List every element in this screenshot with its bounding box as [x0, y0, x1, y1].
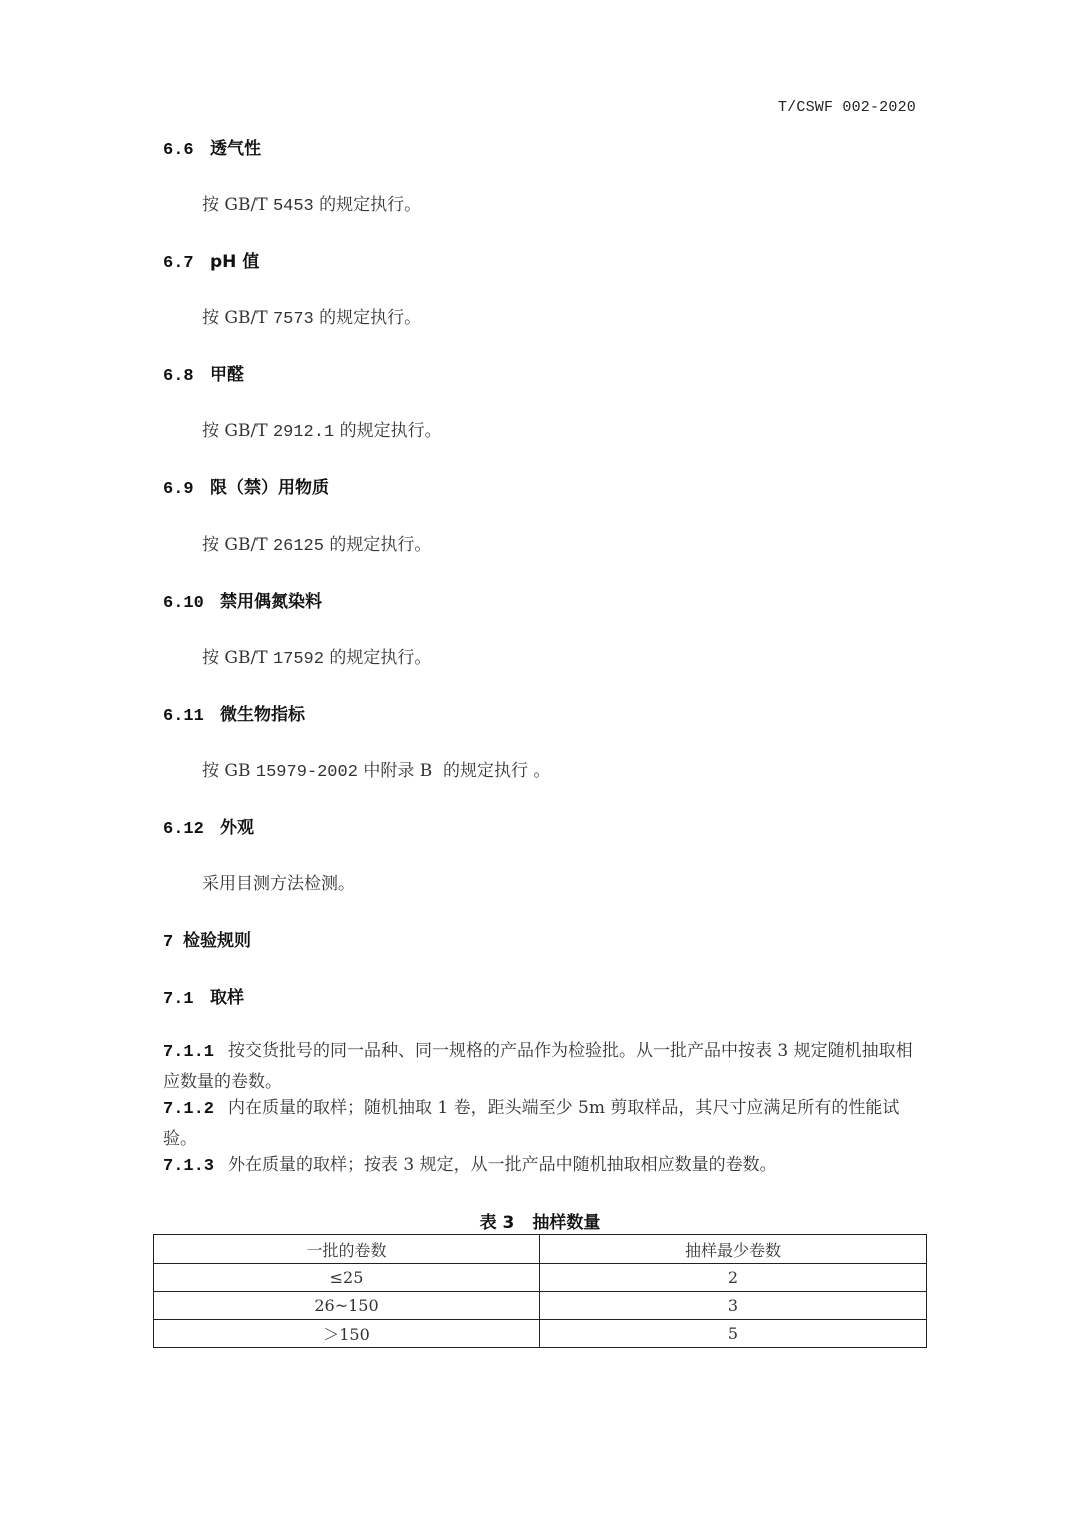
body-suffix: 的规定执行。	[324, 535, 431, 555]
section-body-6-7: 按 GB/T 7573 的规定执行。	[202, 303, 421, 329]
section-number: 7.1	[163, 990, 210, 1009]
standard-number: 17592	[273, 650, 324, 669]
section-body-6-10: 按 GB/T 17592 的规定执行。	[202, 643, 431, 669]
section-body-6-12: 采用目测方法检测。	[202, 869, 355, 894]
section-heading-6-9: 6.9限（禁）用物质	[163, 473, 329, 499]
body-suffix: 的规定执行。	[314, 308, 421, 328]
clause-number: 7.1.2	[163, 1100, 214, 1119]
body-prefix: 按 GB/T	[202, 308, 273, 328]
clause-text: 外在质量的取样；按表 3 规定，从一批产品中随机抽取相应数量的卷数。	[228, 1155, 777, 1175]
section-number: 6.10	[163, 594, 220, 613]
clause-number: 7.1.1	[163, 1043, 214, 1062]
section-title: 微生物指标	[220, 705, 305, 725]
body-suffix: 的规定执行。	[334, 421, 441, 441]
chapter-number: 7	[163, 933, 183, 952]
body-suffix: 中附录 B 的规定执行 。	[358, 761, 551, 781]
section-number: 6.11	[163, 707, 220, 726]
standard-number: 26125	[273, 537, 324, 556]
table-row: ≤25 2	[154, 1264, 927, 1292]
table-row: 26~150 3	[154, 1292, 927, 1320]
table-cell: 3	[540, 1292, 927, 1320]
standard-number: 2912.1	[273, 423, 334, 442]
table-cell: 2	[540, 1264, 927, 1292]
section-body-6-6: 按 GB/T 5453 的规定执行。	[202, 190, 421, 216]
clause-text: 内在质量的取样；随机抽取 1 卷，距头端至少 5m 剪取样品，其尺寸应满足所有的…	[163, 1098, 899, 1149]
table-title: 抽样数量	[532, 1213, 600, 1233]
section-title: 取样	[210, 988, 244, 1008]
section-heading-6-12: 6.12外观	[163, 813, 254, 839]
chapter-title: 检验规则	[183, 931, 251, 951]
body-prefix: 按 GB	[202, 761, 256, 781]
section-heading-6-11: 6.11微生物指标	[163, 700, 305, 726]
section-heading-7-1: 7.1取样	[163, 983, 244, 1009]
section-title: 禁用偶氮染料	[220, 592, 322, 612]
section-number: 6.9	[163, 480, 210, 499]
body-text: 采用目测方法检测。	[202, 874, 355, 894]
table-cell: ≤25	[154, 1264, 540, 1292]
section-heading-6-7: 6.7pH 值	[163, 247, 259, 273]
section-title: 甲醛	[210, 365, 244, 385]
section-heading-6-8: 6.8甲醛	[163, 360, 244, 386]
body-prefix: 按 GB/T	[202, 648, 273, 668]
sampling-quantity-table: 一批的卷数 抽样最少卷数 ≤25 2 26~150 3 ＞150 5	[153, 1234, 927, 1348]
document-id-header: T/CSWF 002-2020	[778, 99, 916, 116]
table-header-row: 一批的卷数 抽样最少卷数	[154, 1235, 927, 1264]
section-heading-6-6: 6.6透气性	[163, 134, 261, 160]
clause-number: 7.1.3	[163, 1157, 214, 1176]
body-prefix: 按 GB/T	[202, 195, 273, 215]
section-number: 6.12	[163, 820, 220, 839]
clause-text: 按交货批号的同一品种、同一规格的产品作为检验批。从一批产品中按表 3 规定随机抽…	[163, 1041, 913, 1092]
standard-number: 7573	[273, 310, 314, 329]
chapter-heading-7: 7检验规则	[163, 926, 251, 952]
section-body-6-9: 按 GB/T 26125 的规定执行。	[202, 530, 431, 556]
table-caption: 表 3抽样数量	[153, 1208, 927, 1233]
section-number: 6.8	[163, 367, 210, 386]
section-title: pH 值	[210, 252, 259, 272]
body-suffix: 的规定执行。	[324, 648, 431, 668]
standard-number: 5453	[273, 197, 314, 216]
table-cell: ＞150	[154, 1320, 540, 1348]
section-title: 透气性	[210, 139, 261, 159]
body-prefix: 按 GB/T	[202, 535, 273, 555]
column-header: 抽样最少卷数	[540, 1235, 927, 1264]
body-prefix: 按 GB/T	[202, 421, 273, 441]
body-suffix: 的规定执行。	[314, 195, 421, 215]
standard-number: 15979-2002	[256, 763, 358, 782]
section-title: 外观	[220, 818, 254, 838]
clause-7-1-3: 7.1.3外在质量的取样；按表 3 规定，从一批产品中随机抽取相应数量的卷数。	[163, 1151, 923, 1182]
table-cell: 26~150	[154, 1292, 540, 1320]
clause-7-1-2: 7.1.2内在质量的取样；随机抽取 1 卷，距头端至少 5m 剪取样品，其尺寸应…	[163, 1094, 923, 1153]
clause-7-1-1: 7.1.1按交货批号的同一品种、同一规格的产品作为检验批。从一批产品中按表 3 …	[163, 1037, 923, 1096]
column-header: 一批的卷数	[154, 1235, 540, 1264]
table-row: ＞150 5	[154, 1320, 927, 1348]
section-body-6-11: 按 GB 15979-2002 中附录 B 的规定执行 。	[202, 756, 550, 782]
table-cell: 5	[540, 1320, 927, 1348]
section-number: 6.7	[163, 254, 210, 273]
section-title: 限（禁）用物质	[210, 478, 329, 498]
section-body-6-8: 按 GB/T 2912.1 的规定执行。	[202, 416, 442, 442]
section-heading-6-10: 6.10禁用偶氮染料	[163, 587, 322, 613]
table-label: 表 3	[480, 1213, 515, 1233]
section-number: 6.6	[163, 141, 210, 160]
